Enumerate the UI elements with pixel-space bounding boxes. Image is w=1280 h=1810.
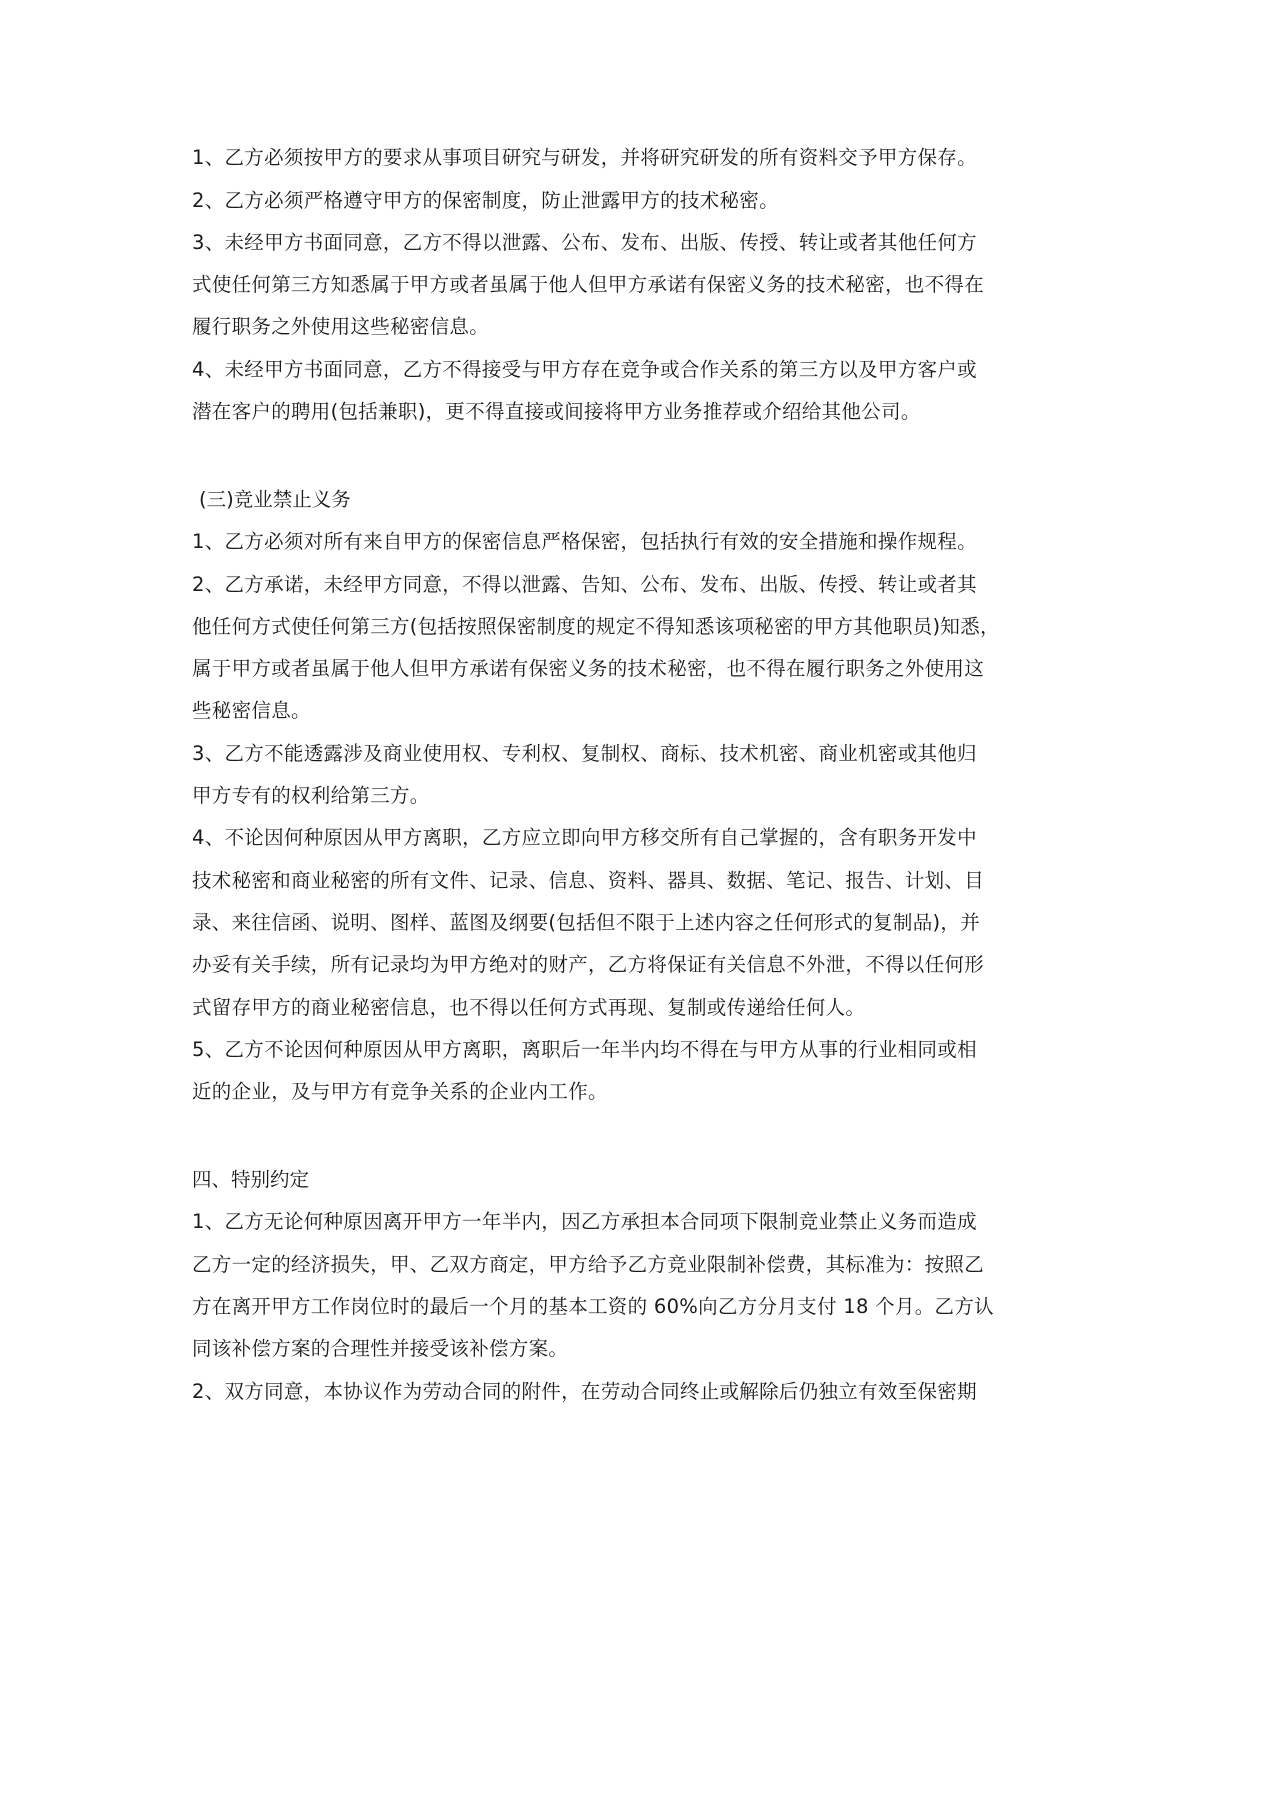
clause-2-3-line-1: 3、未经甲方书面同意，乙方不得以泄露、公布、发布、出版、传授、转让或者其他任何方 [192,231,977,255]
clause-3-2-line-2: 他任何方式使任何第三方(包括按照保密制度的规定不得知悉该项秘密的甲方其他职员)知… [192,615,1000,639]
clause-3-4-line-4: 办妥有关手续，所有记录均为甲方绝对的财产，乙方将保证有关信息不外泄，不得以任何形 [192,953,984,977]
clause-3-2-line-1: 2、乙方承诺，未经甲方同意，不得以泄露、告知、公布、发布、出版、传授、转让或者其 [192,573,977,597]
clause-3-5-line-2: 近的企业，及与甲方有竞争关系的企业内工作。 [192,1080,608,1104]
clause-2-3-line-3: 履行职务之外使用这些秘密信息。 [192,315,489,339]
clause-4-2-line-1: 2、双方同意，本协议作为劳动合同的附件，在劳动合同终止或解除后仍独立有效至保密期 [192,1380,977,1404]
clause-4-1-line-3: 方在离开甲方工作岗位时的最后一个月的基本工资的 60%向乙方分月支付 18 个月… [192,1295,994,1319]
section-4-heading: 四、特别约定 [192,1168,309,1192]
clause-3-3-line-1: 3、乙方不能透露涉及商业使用权、专利权、复制权、商标、技术机密、商业机密或其他归 [192,742,977,766]
clause-4-1-line-2: 乙方一定的经济损失，甲、乙双方商定，甲方给予乙方竞业限制补偿费，其标准为：按照乙 [192,1253,984,1277]
clause-3-5-line-1: 5、乙方不论因何种原因从甲方离职，离职后一年半内均不得在与甲方从事的行业相同或相 [192,1038,977,1062]
clause-2-4-line-1: 4、未经甲方书面同意，乙方不得接受与甲方存在竞争或合作关系的第三方以及甲方客户或 [192,358,977,382]
clause-2-3-line-2: 式使任何第三方知悉属于甲方或者虽属于他人但甲方承诺有保密义务的技术秘密，也不得在 [192,273,984,297]
clause-2-2-line-1: 2、乙方必须严格遵守甲方的保密制度，防止泄露甲方的技术秘密。 [192,189,779,213]
clause-2-1-line-1: 1、乙方必须按甲方的要求从事项目研究与研发，并将研究研发的所有资料交予甲方保存。 [192,146,977,170]
clause-3-1-line-1: 1、乙方必须对所有来自甲方的保密信息严格保密，包括执行有效的安全措施和操作规程。 [192,530,977,554]
clause-3-4-line-2: 技术秘密和商业秘密的所有文件、记录、信息、资料、器具、数据、笔记、报告、计划、目 [192,869,984,893]
clause-3-2-line-3: 属于甲方或者虽属于他人但甲方承诺有保密义务的技术秘密，也不得在履行职务之外使用这 [192,657,984,681]
clause-4-1-line-1: 1、乙方无论何种原因离开甲方一年半内，因乙方承担本合同项下限制竞业禁止义务而造成 [192,1210,977,1234]
clause-2-4-line-2: 潜在客户的聘用(包括兼职)，更不得直接或间接将甲方业务推荐或介绍给其他公司。 [192,400,921,424]
clause-4-1-line-4: 同该补偿方案的合理性并接受该补偿方案。 [192,1337,568,1361]
clause-3-3-line-2: 甲方专有的权利给第三方。 [192,784,430,808]
clause-3-4-line-5: 式留存甲方的商业秘密信息，也不得以任何方式再现、复制或传递给任何人。 [192,996,865,1020]
clause-3-2-line-4: 些秘密信息。 [192,699,311,723]
clause-3-4-line-1: 4、不论因何种原因从甲方离职，乙方应立即向甲方移交所有自己掌握的，含有职务开发中 [192,826,977,850]
clause-3-4-line-3: 录、来往信函、说明、图样、蓝图及纲要(包括但不限于上述内容之任何形式的复制品)，… [192,911,980,935]
section-3-heading: (三)竞业禁止义务 [199,488,351,512]
